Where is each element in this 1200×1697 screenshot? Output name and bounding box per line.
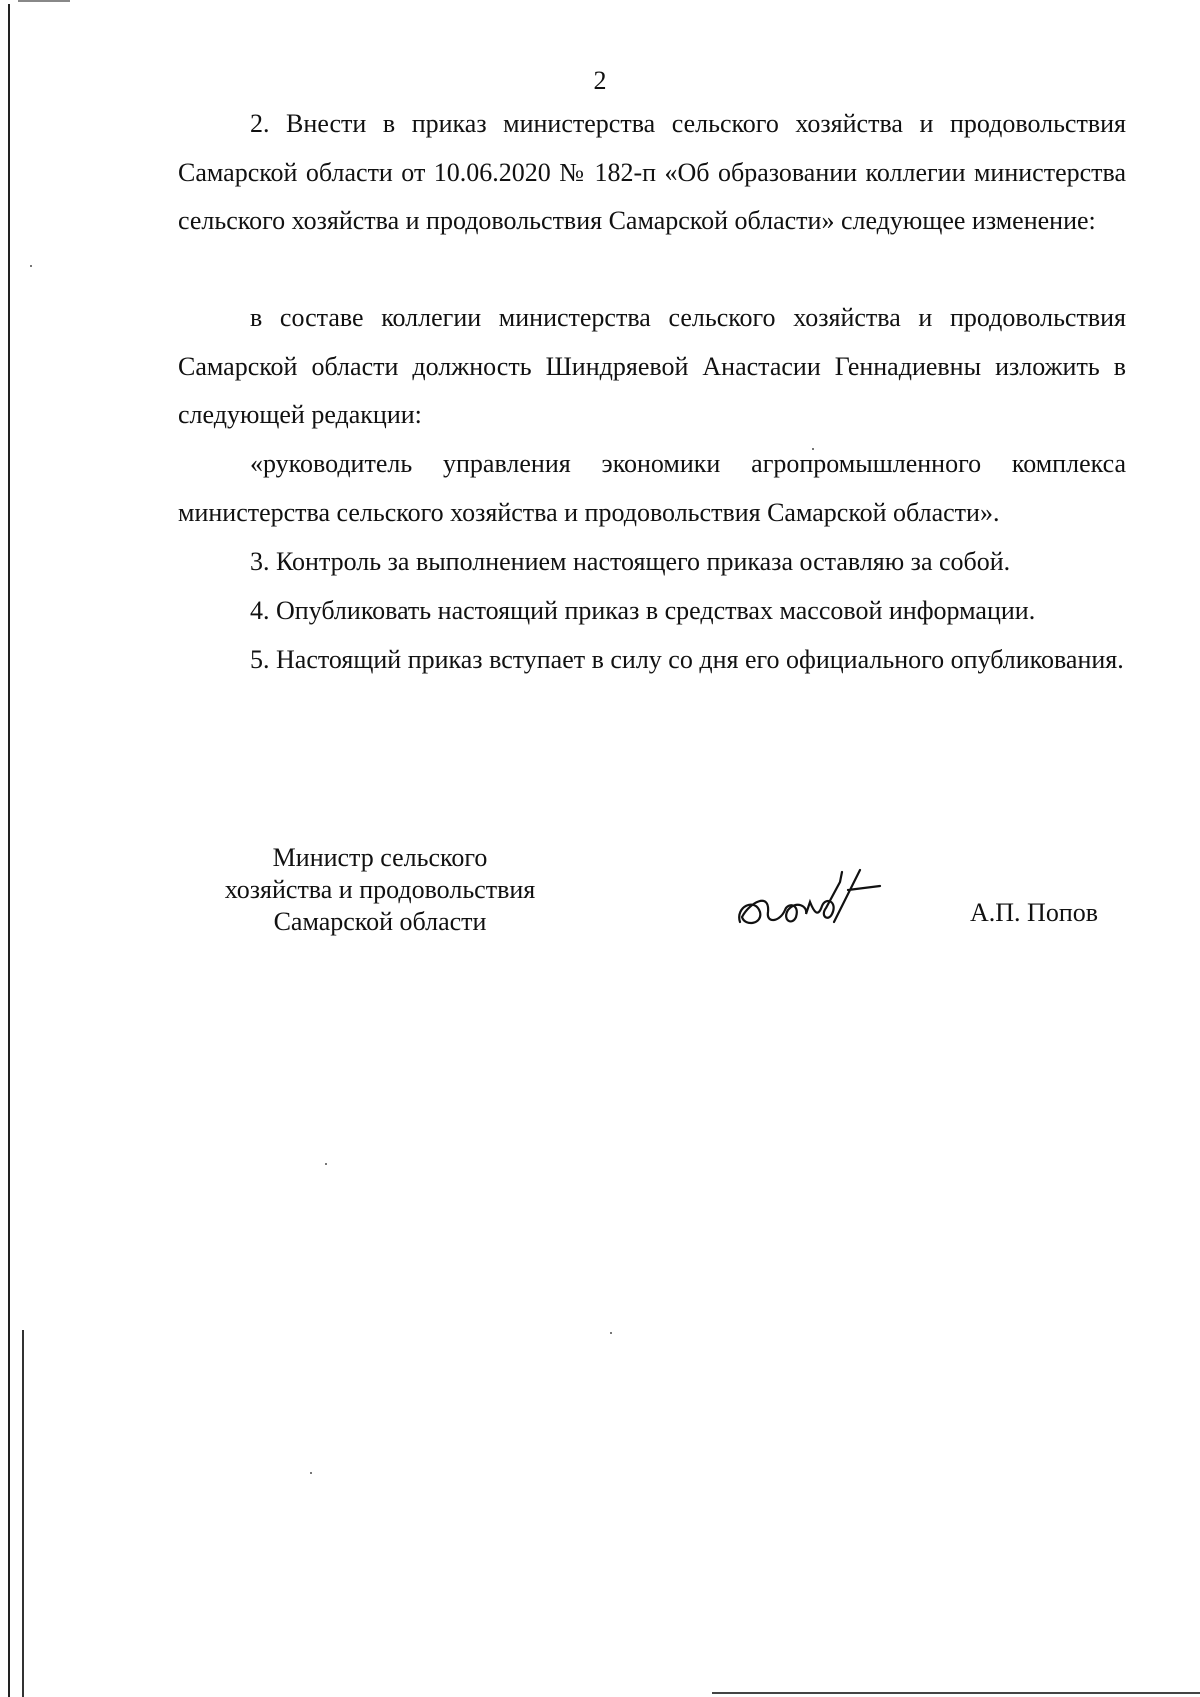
paragraph-4: 4. Опубликовать настоящий приказ в средс… [178, 587, 1126, 636]
scan-speck [610, 1332, 612, 1334]
paragraph-2: 2. Внести в приказ министерства сельског… [178, 100, 1126, 246]
signatory-title: Министр сельского хозяйства и продовольс… [180, 842, 580, 938]
scan-edge-line [8, 4, 10, 1697]
paragraph-new-title: «руководитель управления экономики агроп… [178, 440, 1126, 537]
signatory-title-line: хозяйства и продовольствия [180, 874, 580, 906]
scan-artifact [712, 1692, 1200, 1694]
signatory-title-line: Самарской области [180, 906, 580, 938]
scan-speck [30, 265, 32, 267]
scan-speck [812, 448, 814, 450]
paragraph-5: 5. Настоящий приказ вступает в силу со д… [178, 636, 1126, 685]
scan-edge-line [22, 1330, 24, 1697]
paragraph-composition: в составе коллегии министерства сельског… [178, 294, 1126, 440]
scan-artifact [18, 0, 70, 2]
page-number: 2 [0, 66, 1200, 96]
paragraph-3: 3. Контроль за выполнением настоящего пр… [178, 538, 1126, 587]
signatory-title-line: Министр сельского [180, 842, 580, 874]
scan-speck [310, 1472, 312, 1474]
signatory-name: А.П. Попов [970, 898, 1098, 928]
scan-speck [325, 1163, 327, 1165]
handwritten-signature [730, 862, 910, 942]
